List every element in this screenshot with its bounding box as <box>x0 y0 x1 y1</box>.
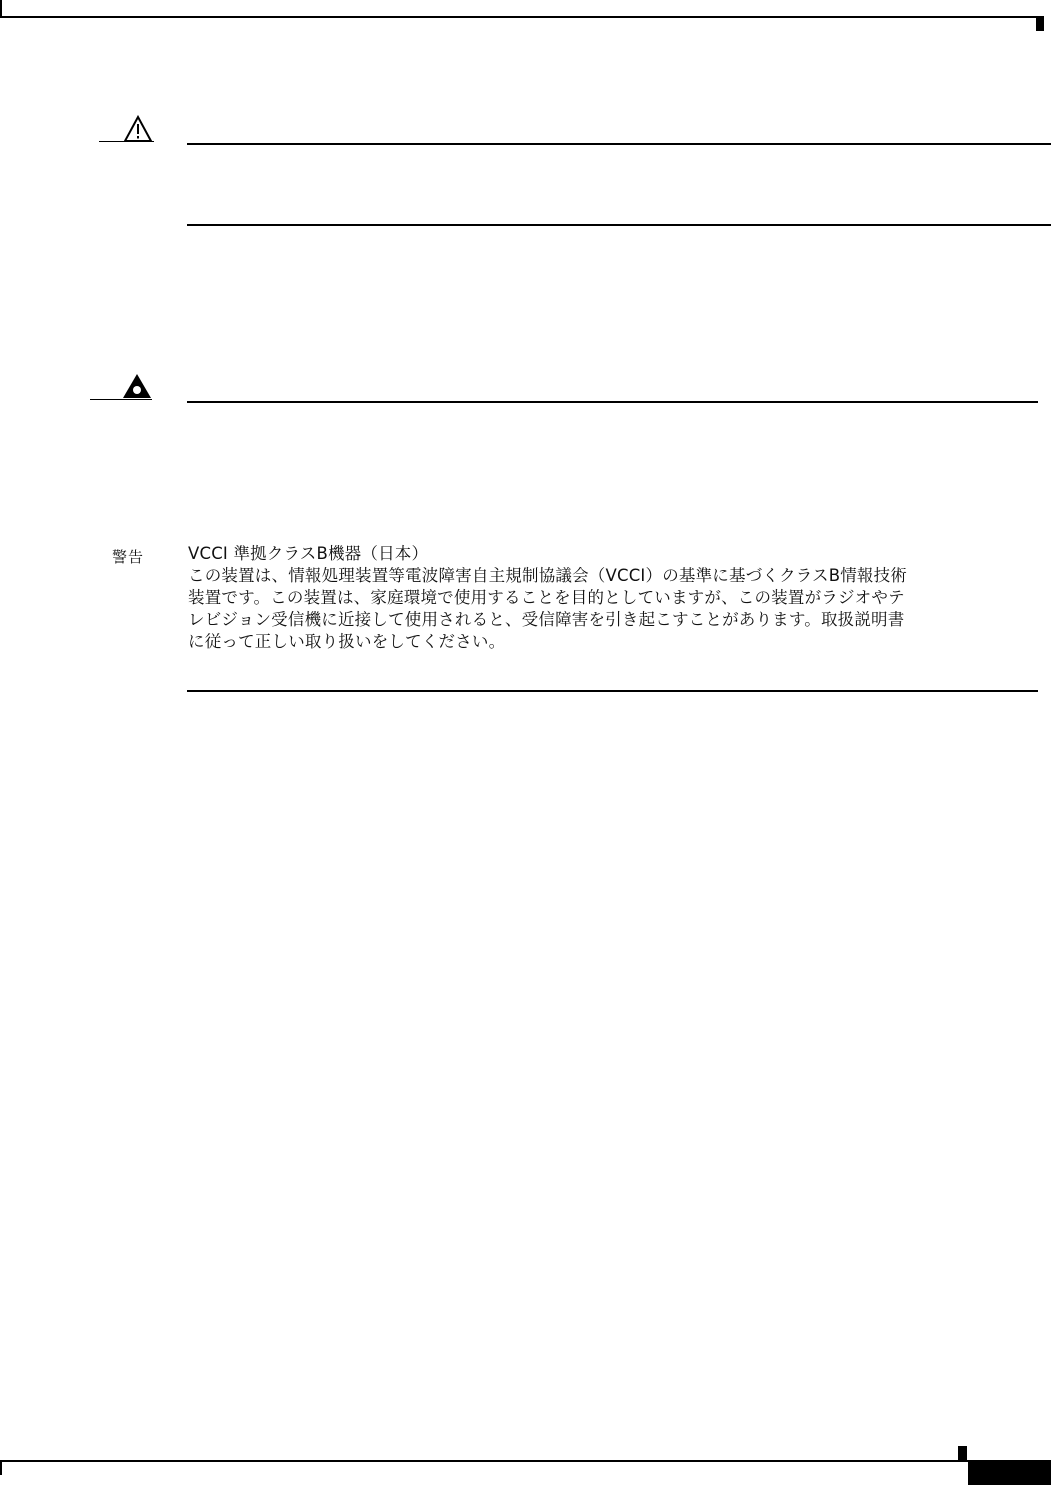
footer-tab-marker <box>958 1446 967 1460</box>
vcci-notice-line: レビジョン受信機に近接して使用されると、受信障害を引き起こすことがあります。取扱… <box>188 609 1038 631</box>
footer-rule <box>0 1460 968 1462</box>
vcci-notice-line: 装置です。この装置は、家庭環境で使用することを目的としていますが、この装置がラジ… <box>188 587 1038 609</box>
header-rule <box>0 16 1044 18</box>
warning-icon <box>122 373 152 399</box>
warning-top-rule <box>187 401 1038 403</box>
vcci-notice-title: VCCI 準拠クラスB機器（日本） <box>188 543 1038 565</box>
vcci-notice-line: に従って正しい取り扱いをしてください。 <box>188 631 1038 653</box>
caution-bottom-rule <box>187 224 1051 226</box>
caution-icon-underline <box>99 141 154 142</box>
warning-label: 警告 <box>112 546 144 567</box>
warning-bottom-rule <box>187 690 1038 692</box>
page-number-box <box>968 1460 1051 1485</box>
header-tab-marker <box>1036 18 1044 31</box>
caution-top-rule <box>187 143 1051 145</box>
vcci-notice: VCCI 準拠クラスB機器（日本） この装置は、情報処理装置等電波障害自主規制協… <box>188 543 1038 653</box>
header-crop-mark <box>0 0 2 17</box>
warning-icon-underline <box>90 399 152 400</box>
footer-crop-mark <box>0 1460 2 1475</box>
vcci-notice-line: この装置は、情報処理装置等電波障害自主規制協議会（VCCI）の基準に基づくクラス… <box>188 565 1038 587</box>
caution-icon <box>123 115 153 143</box>
